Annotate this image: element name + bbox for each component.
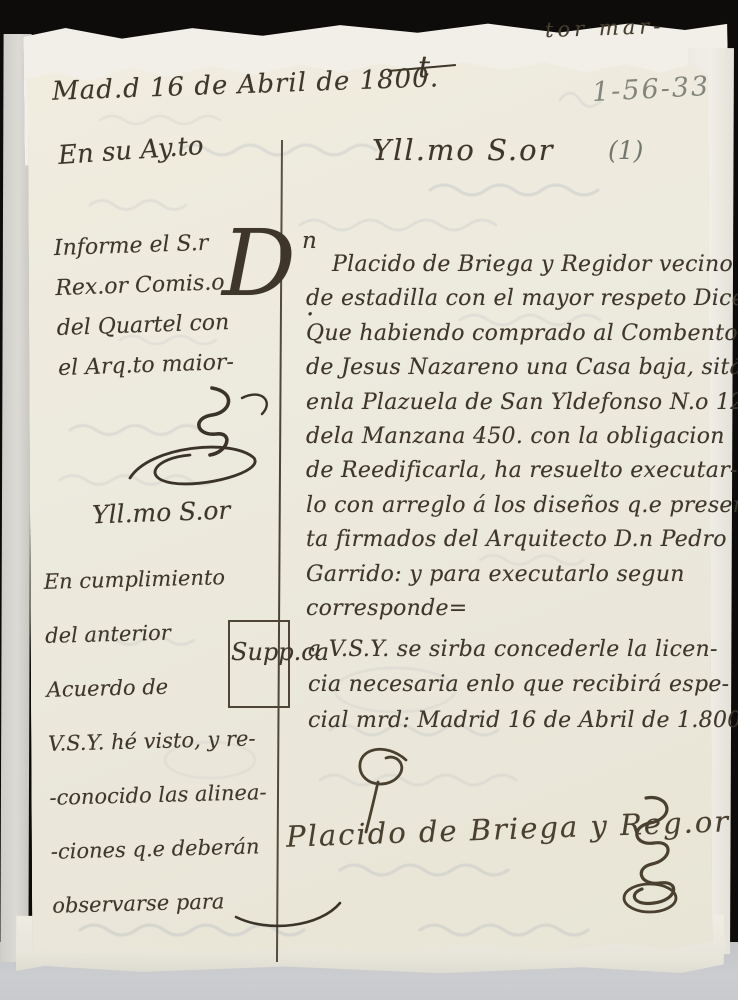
report-line: del anterior (45, 603, 263, 663)
supplication-text: a V.S.Y. se sirba concederle la licen- c… (308, 632, 738, 738)
report-line: En cumplimiento (43, 549, 261, 609)
decree-rubric-flourish (112, 380, 287, 505)
petition-line: de estadilla con el mayor respeto Dice: (306, 282, 738, 316)
report-line: -conocido las alinea- (49, 765, 267, 825)
petition-line: corresponde= (306, 592, 738, 626)
petition-line: Que habiendo comprado al Combento (306, 317, 738, 351)
supplication-line: cial mrd: Madrid 16 de Abril de 1.800. (308, 703, 738, 738)
petition-line: Garrido: y para executarlo segun (306, 558, 738, 592)
margin-report-note: En cumplimiento del anterior Acuerdo de … (43, 549, 270, 933)
archive-reference: 1-56-33 (591, 71, 711, 108)
salutation: Yll.mo S.or (372, 133, 554, 167)
report-line: V.S.Y. hé visto, y re- (47, 711, 265, 771)
report-line: -ciones q.e deberán (50, 819, 268, 879)
supplication-line: a V.S.Y. se sirba concederle la licen- (308, 632, 738, 667)
decree-line: Rex.or Comis.o (55, 263, 232, 309)
petition-body: Placido de Briega y Regidor vecino de es… (306, 248, 738, 626)
report-heading: Yll.mo S.or (92, 496, 231, 530)
petition-initial: D (222, 218, 296, 310)
manuscript-scan: tor mar- t Mad.d 16 de Abril de 1800. 1-… (0, 0, 738, 1000)
petition-line: enla Plazuela de San Yldefonso N.o 12. (306, 386, 738, 420)
petition-line: de Reedificarla, ha resuelto executar- (306, 454, 738, 488)
petition-line: de Jesus Nazareno una Casa baja, sitá (306, 351, 738, 385)
page-number: (1) (608, 136, 643, 165)
decree-line: Informe el S.r (53, 223, 230, 269)
margin-swash (228, 895, 348, 935)
top-edge-fragment: tor mar- (545, 14, 665, 42)
signature-rubric (598, 790, 693, 920)
margin-decree-note: Informe el S.r Rex.or Comis.o del Quarte… (53, 223, 234, 389)
left-paper-edge (0, 34, 31, 962)
petition-line: dela Manzana 450. con la obligacion (306, 420, 738, 454)
petition-line: Placido de Briega y Regidor vecino (306, 248, 738, 282)
supplication-line: cia necesaria enlo que recibirá espe- (308, 667, 738, 702)
petition-line: ta firmados del Arquitecto D.n Pedro (306, 523, 738, 557)
report-line: Acuerdo de (46, 657, 264, 717)
decree-line: del Quartel con (56, 303, 233, 349)
petition-line: lo con arreglo á los diseños q.e presen- (306, 489, 738, 523)
